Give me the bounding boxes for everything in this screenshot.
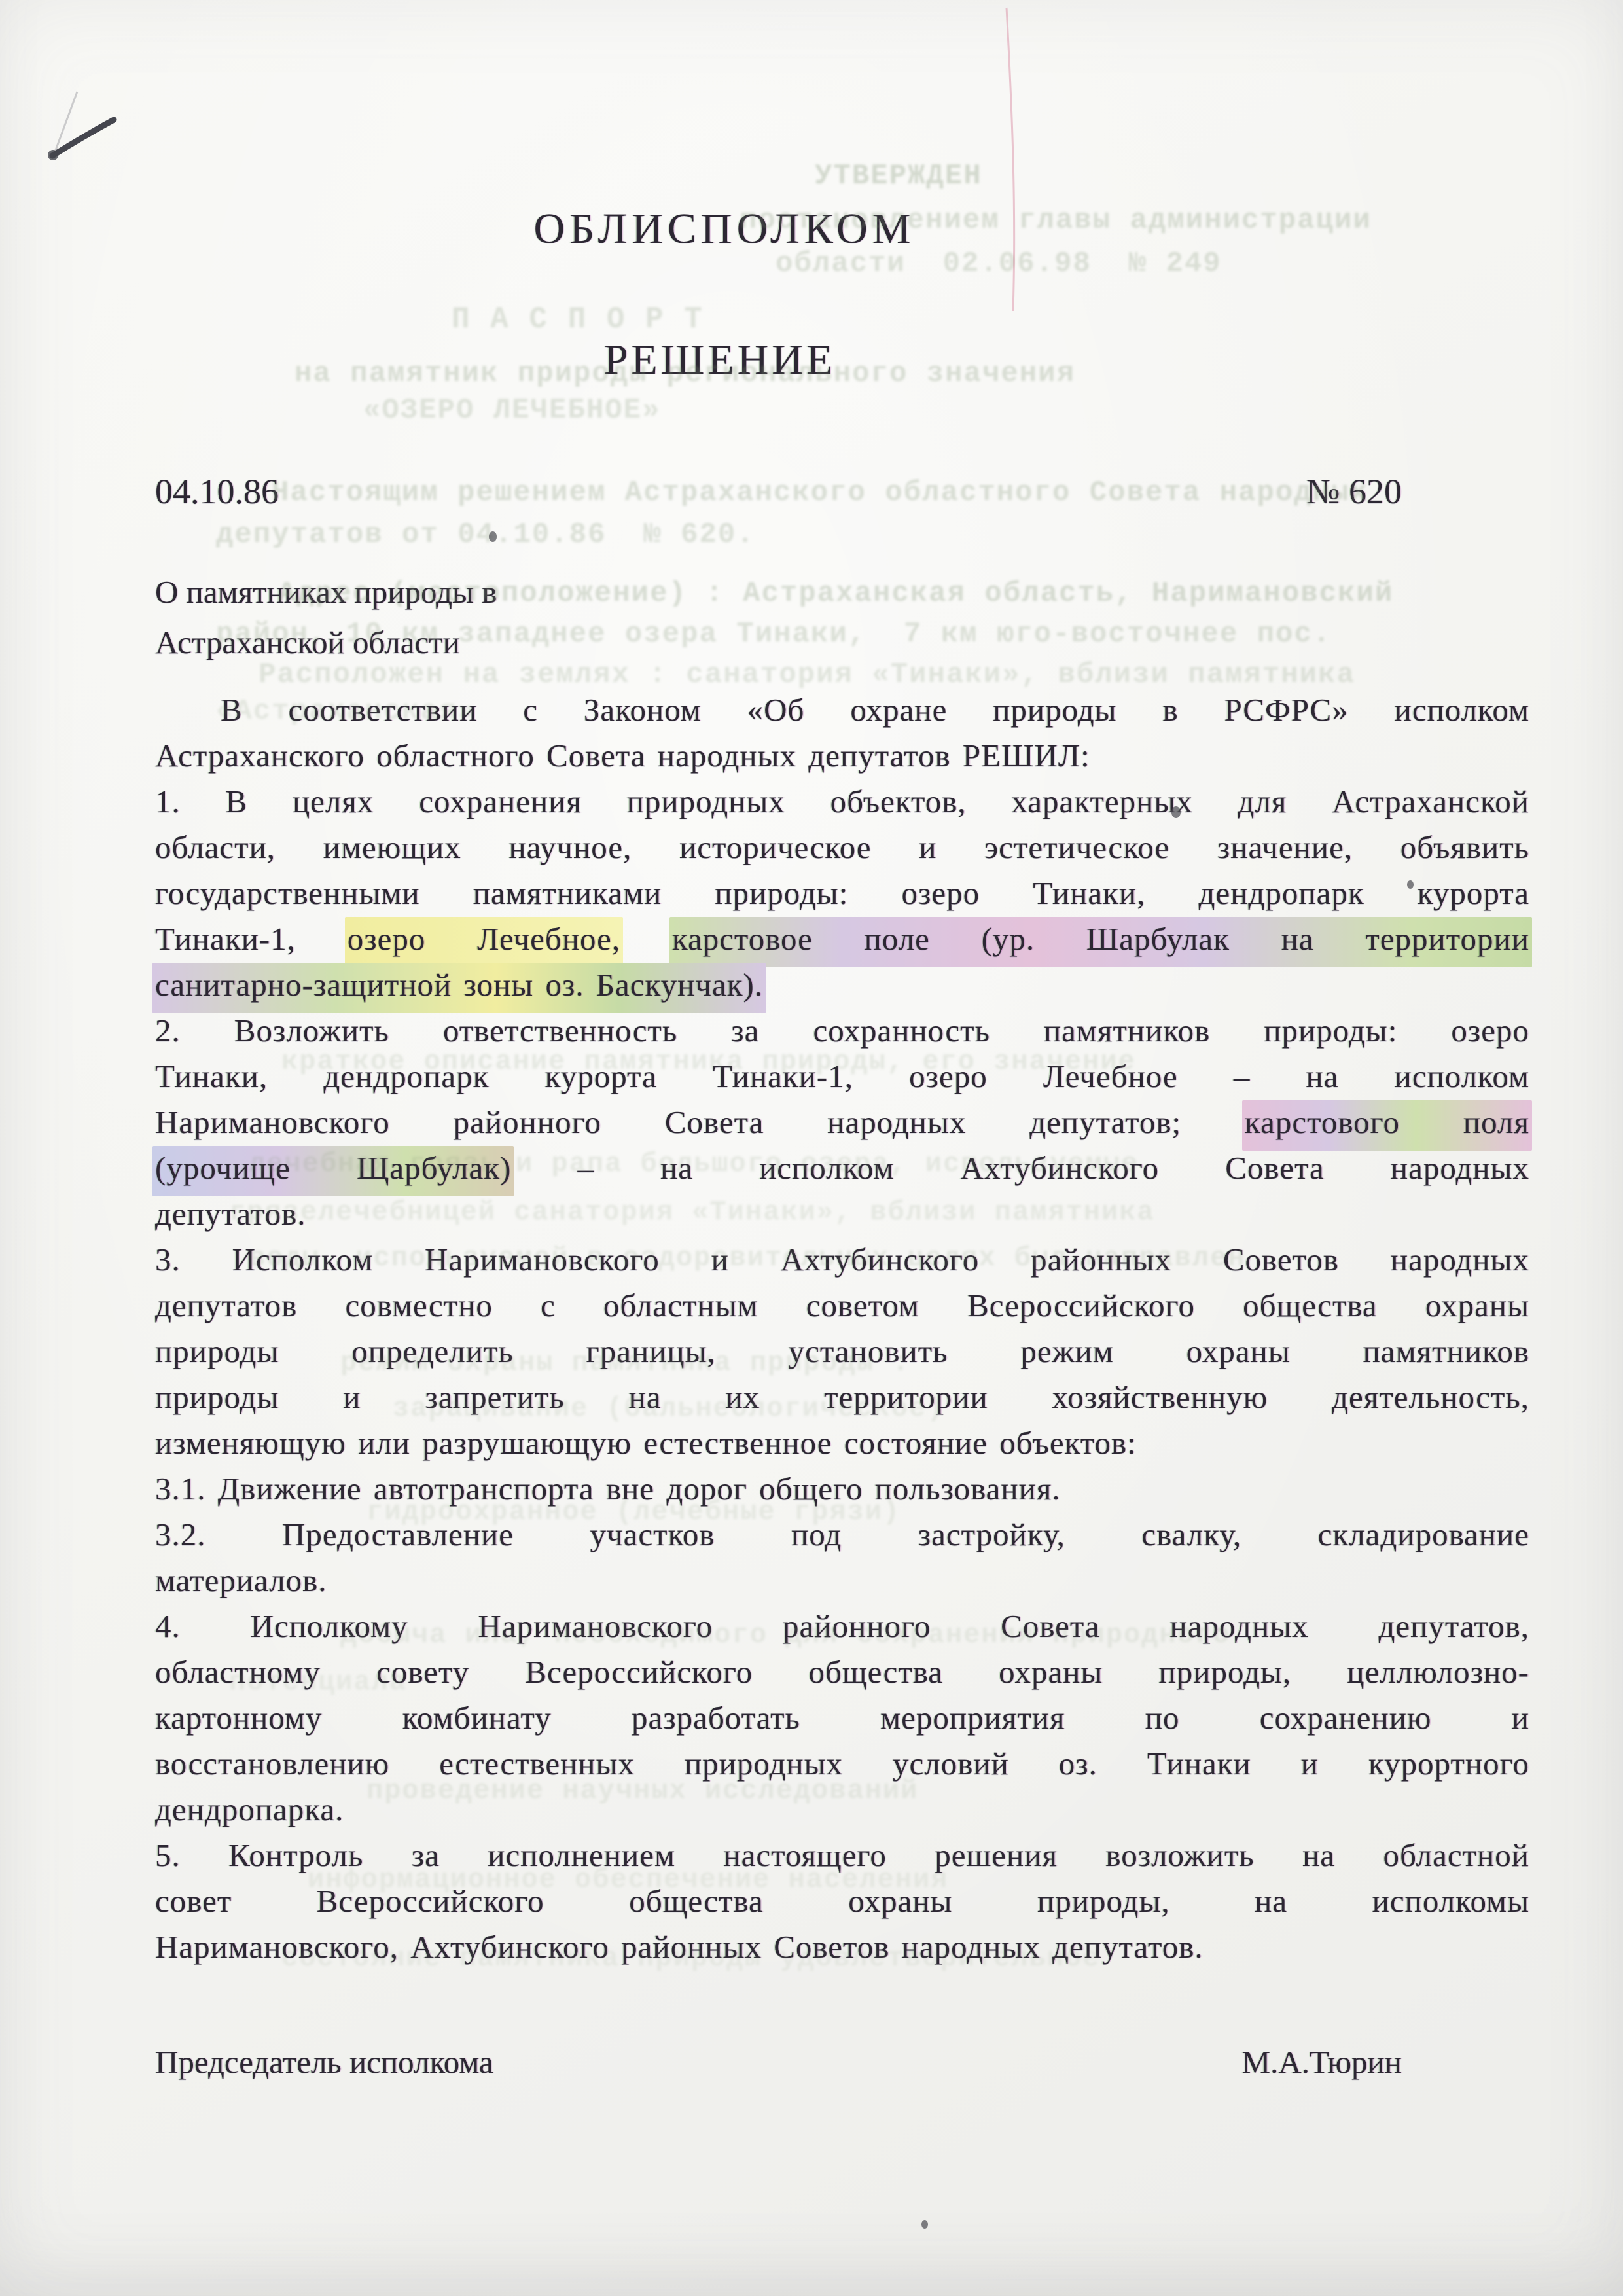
text-segment: дендропарка. [155, 1791, 344, 1827]
text-segment: 2. Возложить ответственность за сохранно… [155, 1013, 1529, 1049]
bleedthrough-line: «ОЗЕРО ЛЕЧЕБНОЕ» [363, 394, 660, 427]
text-line: Наримановского районного Совета народных… [155, 1100, 1529, 1145]
highlight-p1: карстового поля [1242, 1100, 1532, 1151]
meta-row: 04.10.86 № 620 [155, 471, 1402, 512]
text-segment: природы определить границы, установить р… [155, 1333, 1529, 1369]
text-line: картонному комбинату разработать меропри… [155, 1695, 1529, 1741]
text-segment: Наримановского, Ахтубинского районных Со… [155, 1929, 1204, 1965]
text-line: изменяющую или разрушающую естественное … [155, 1420, 1529, 1466]
text-line: 4. Исполкому Наримановского районного Со… [155, 1604, 1529, 1649]
text-segment: областному совету Всероссийского обществ… [155, 1654, 1529, 1690]
paper-speck [921, 2220, 928, 2229]
doc-number: № 620 [1306, 471, 1402, 512]
pen-stroke-mark [52, 120, 114, 156]
text-line: восстановлению естественных природных ус… [155, 1741, 1529, 1787]
paper-speck [1171, 806, 1181, 818]
text-segment: депутатов. [155, 1196, 306, 1232]
highlight-p2: (урочище Щарбулак) [152, 1146, 514, 1196]
text-segment: В соответствии с Законом «Об охране прир… [221, 692, 1529, 728]
text-line: депутатов. [155, 1191, 1529, 1237]
text-line: В соответствии с Законом «Об охране прир… [155, 687, 1529, 733]
highlight-yellow: озеро Лечебное, [345, 917, 623, 967]
document-body: В соответствии с Законом «Об охране прир… [155, 687, 1529, 1970]
subject-block: О памятниках природы в Астраханской обла… [155, 567, 497, 668]
text-segment: совет Всероссийского общества охраны при… [155, 1883, 1529, 1919]
subject-line: О памятниках природы в [155, 567, 497, 617]
text-line: Астраханского областного Совета народных… [155, 733, 1529, 779]
text-line: (урочище Щарбулак) – на исполком Ахтубин… [155, 1145, 1529, 1191]
highlight-rb2: санитарно-защитной зоны оз. Баскунчак). [152, 963, 766, 1013]
text-segment: Тинаки, дендропарк курорта Тинаки-1, озе… [155, 1058, 1529, 1094]
text-line: Наримановского, Ахтубинского районных Со… [155, 1924, 1529, 1970]
subject-line: Астраханской области [155, 617, 497, 668]
text-line: материалов. [155, 1558, 1529, 1604]
bleedthrough-line: депутатов от 04.10.86 № 620. [216, 518, 755, 551]
text-segment: материалов. [155, 1562, 327, 1598]
text-line: природы определить границы, установить р… [155, 1329, 1529, 1374]
signature-row: Председатель исполкома М.А.Тюрин [155, 2043, 1402, 2081]
pen-blot [48, 150, 58, 160]
text-line: 3. Исполком Наримановского и Ахтубинског… [155, 1237, 1529, 1283]
text-line: области, имеющих научное, историческое и… [155, 825, 1529, 870]
signature-name: М.А.Тюрин [1242, 2043, 1402, 2081]
text-segment: 3.1. Движение автотранспорта вне дорог о… [155, 1471, 1061, 1507]
text-segment: Тинаки-1, [155, 921, 348, 957]
text-segment: 5. Контроль за исполнением настоящего ре… [155, 1837, 1529, 1873]
text-line: санитарно-защитной зоны оз. Баскунчак). [155, 962, 1529, 1008]
text-line: государственными памятниками природы: оз… [155, 870, 1529, 916]
scratch-line [55, 92, 77, 152]
text-segment: депутатов совместно с областным советом … [155, 1287, 1529, 1323]
text-line: дендропарка. [155, 1787, 1529, 1833]
text-segment: картонному комбинату разработать меропри… [155, 1700, 1529, 1736]
text-segment: – на исполком Ахтубинского Совета народн… [511, 1150, 1529, 1186]
text-segment: природы и запретить на их территории хоз… [155, 1379, 1529, 1415]
text-segment: 3.2. Предоставление участков под застрой… [155, 1516, 1529, 1552]
text-segment: 4. Исполкому Наримановского районного Со… [155, 1608, 1529, 1644]
scanned-document-page: ОБЛИСПОЛКОМ РЕШЕНИЕ 04.10.86 № 620 О пам… [0, 0, 1623, 2296]
doc-date: 04.10.86 [155, 471, 279, 512]
text-line: Тинаки-1, озеро Лечебное, карстовое поле… [155, 916, 1529, 962]
signature-title: Председатель исполкома [155, 2043, 493, 2081]
bleedthrough-line: УТВЕРЖДЕН [815, 160, 982, 192]
text-line: 3.2. Предоставление участков под застрой… [155, 1512, 1529, 1558]
text-segment: восстановлению естественных природных ус… [155, 1746, 1529, 1782]
text-line: 1. В целях сохранения природных объектов… [155, 779, 1529, 825]
text-segment: Наримановского районного Совета народных… [155, 1104, 1245, 1140]
paper-speck [489, 531, 497, 542]
bleedthrough-line: П А С П О Р Т [452, 302, 704, 336]
doc-type-title: РЕШЕНИЕ [0, 335, 1440, 385]
text-segment: Астраханского областного Совета народных… [155, 738, 1090, 774]
org-title: ОБЛИСПОЛКОМ [0, 204, 1449, 254]
text-line: природы и запретить на их территории хоз… [155, 1374, 1529, 1420]
text-line: 3.1. Движение автотранспорта вне дорог о… [155, 1466, 1529, 1512]
red-scratch-line [1007, 8, 1014, 311]
text-segment: изменяющую или разрушающую естественное … [155, 1425, 1137, 1461]
text-segment: 3. Исполком Наримановского и Ахтубинског… [155, 1242, 1529, 1278]
text-line: 5. Контроль за исполнением настоящего ре… [155, 1833, 1529, 1878]
text-segment: 1. В целях сохранения природных объектов… [155, 783, 1529, 819]
highlight-rb1: карстовое поле (ур. Шарбулак на территор… [669, 917, 1532, 967]
text-line: Тинаки, дендропарк курорта Тинаки-1, озе… [155, 1054, 1529, 1100]
text-line: 2. Возложить ответственность за сохранно… [155, 1008, 1529, 1054]
text-line: депутатов совместно с областным советом … [155, 1283, 1529, 1329]
paper-speck [1407, 880, 1414, 889]
text-line: областному совету Всероссийского обществ… [155, 1649, 1529, 1695]
text-line: совет Всероссийского общества охраны при… [155, 1878, 1529, 1924]
text-segment: государственными памятниками природы: оз… [155, 875, 1529, 911]
text-segment: области, имеющих научное, историческое и… [155, 829, 1529, 865]
text-segment [620, 921, 672, 957]
